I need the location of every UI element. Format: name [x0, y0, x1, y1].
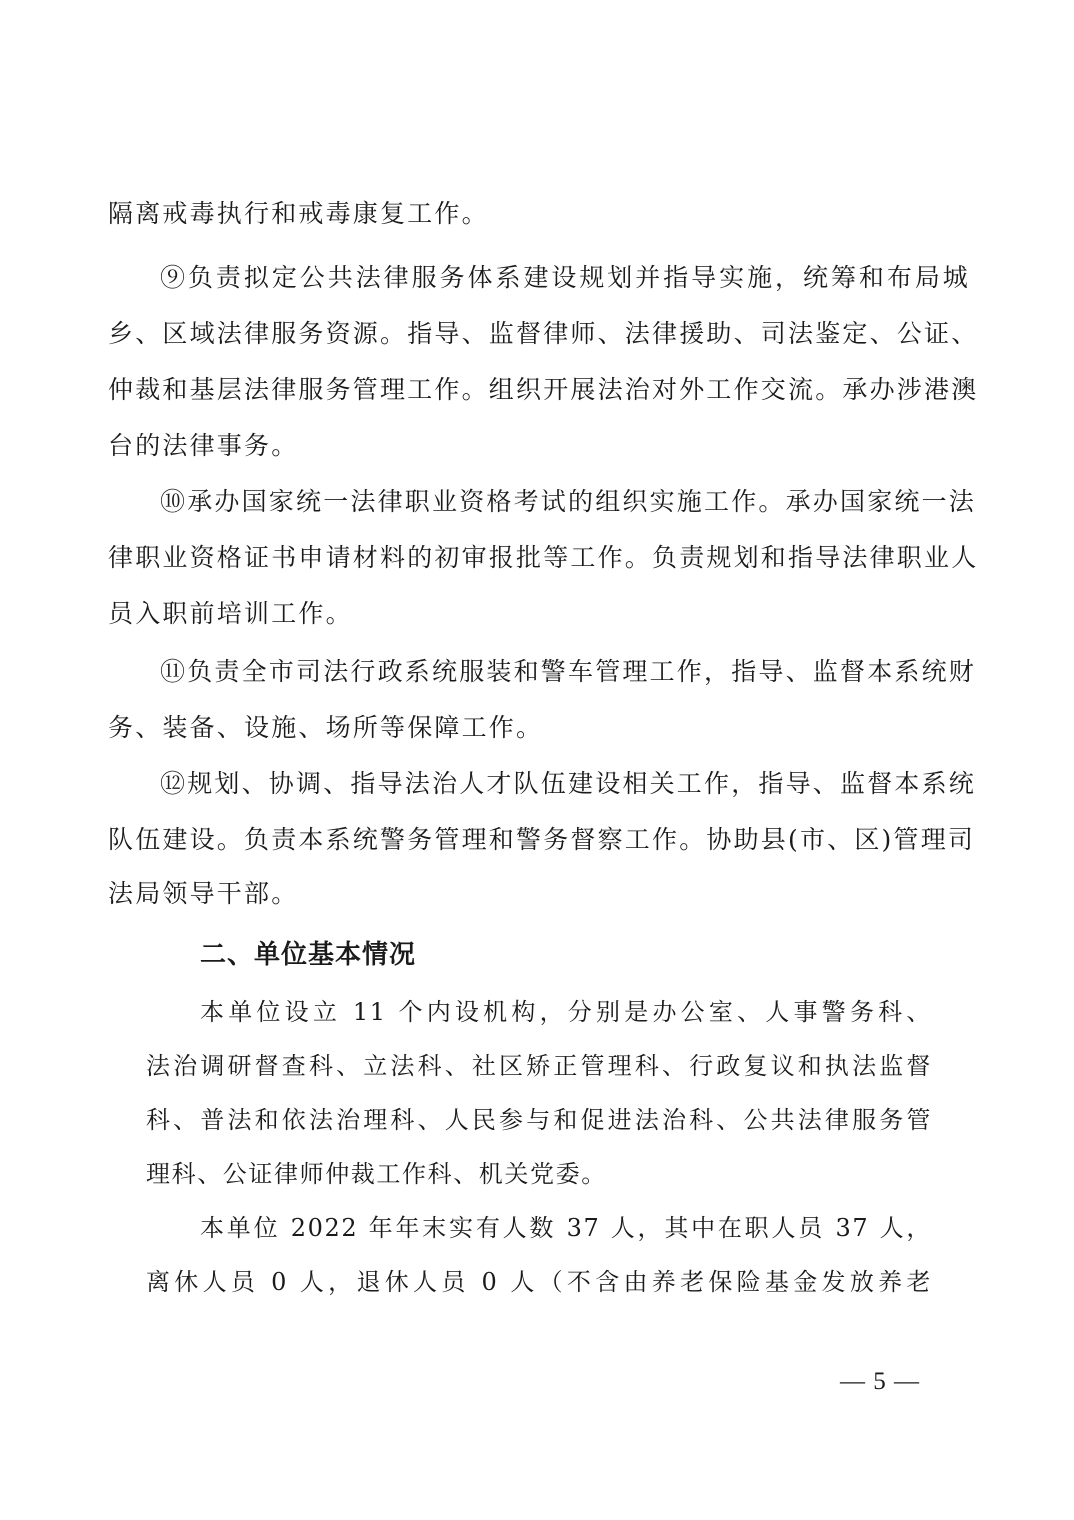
institutions-line-3: 科、普法和依法治理科、人民参与和促进法治科、公共法律服务管 [146, 1104, 932, 1136]
duty-12-line-1: ⑫规划、协调、指导法治人才队伍建设相关工作，指导、监督本系统 [160, 768, 970, 800]
staff-line-1: 本单位 2022 年年末实有人数 37 人，其中在职人员 37 人， [200, 1212, 932, 1244]
duty-12-line-2: 队伍建设。负责本系统警务管理和警务督察工作。协助县(市、区)管理司 [108, 824, 970, 856]
duty-10-line-1: ⑩承办国家统一法律职业资格考试的组织实施工作。承办国家统一法 [160, 486, 970, 518]
continuation-line: 隔离戒毒执行和戒毒康复工作。 [108, 198, 970, 230]
duty-9-line-1: ⑨负责拟定公共法律服务体系建设规划并指导实施，统筹和布局城 [160, 262, 970, 294]
institutions-line-2: 法治调研督查科、立法科、社区矫正管理科、行政复议和执法监督 [146, 1050, 932, 1082]
staff-line-2: 离休人员 0 人，退休人员 0 人（不含由养老保险基金发放养老 [146, 1266, 932, 1298]
duty-11-line-2: 务、装备、设施、场所等保障工作。 [108, 712, 970, 744]
institutions-line-4: 理科、公证律师仲裁工作科、机关党委。 [146, 1158, 932, 1190]
duty-9-line-4: 台的法律事务。 [108, 430, 970, 462]
document-page: 隔离戒毒执行和戒毒康复工作。 ⑨负责拟定公共法律服务体系建设规划并指导实施，统筹… [0, 0, 1074, 1520]
institutions-line-1: 本单位设立 11 个内设机构，分别是办公室、人事警务科、 [200, 996, 932, 1028]
duty-10-line-2: 律职业资格证书申请材料的初审报批等工作。负责规划和指导法律职业人 [108, 542, 970, 574]
duty-12-line-3: 法局领导干部。 [108, 878, 970, 910]
duty-9-line-2: 乡、区域法律服务资源。指导、监督律师、法律援助、司法鉴定、公证、 [108, 318, 970, 350]
duty-11-line-1: ⑪负责全市司法行政系统服装和警车管理工作，指导、监督本系统财 [160, 656, 970, 688]
section-heading: 二、单位基本情况 [200, 938, 416, 972]
duty-10-line-3: 员入职前培训工作。 [108, 598, 970, 630]
duty-9-line-3: 仲裁和基层法律服务管理工作。组织开展法治对外工作交流。承办涉港澳 [108, 374, 970, 406]
page-number: — 5 — [840, 1366, 920, 1398]
